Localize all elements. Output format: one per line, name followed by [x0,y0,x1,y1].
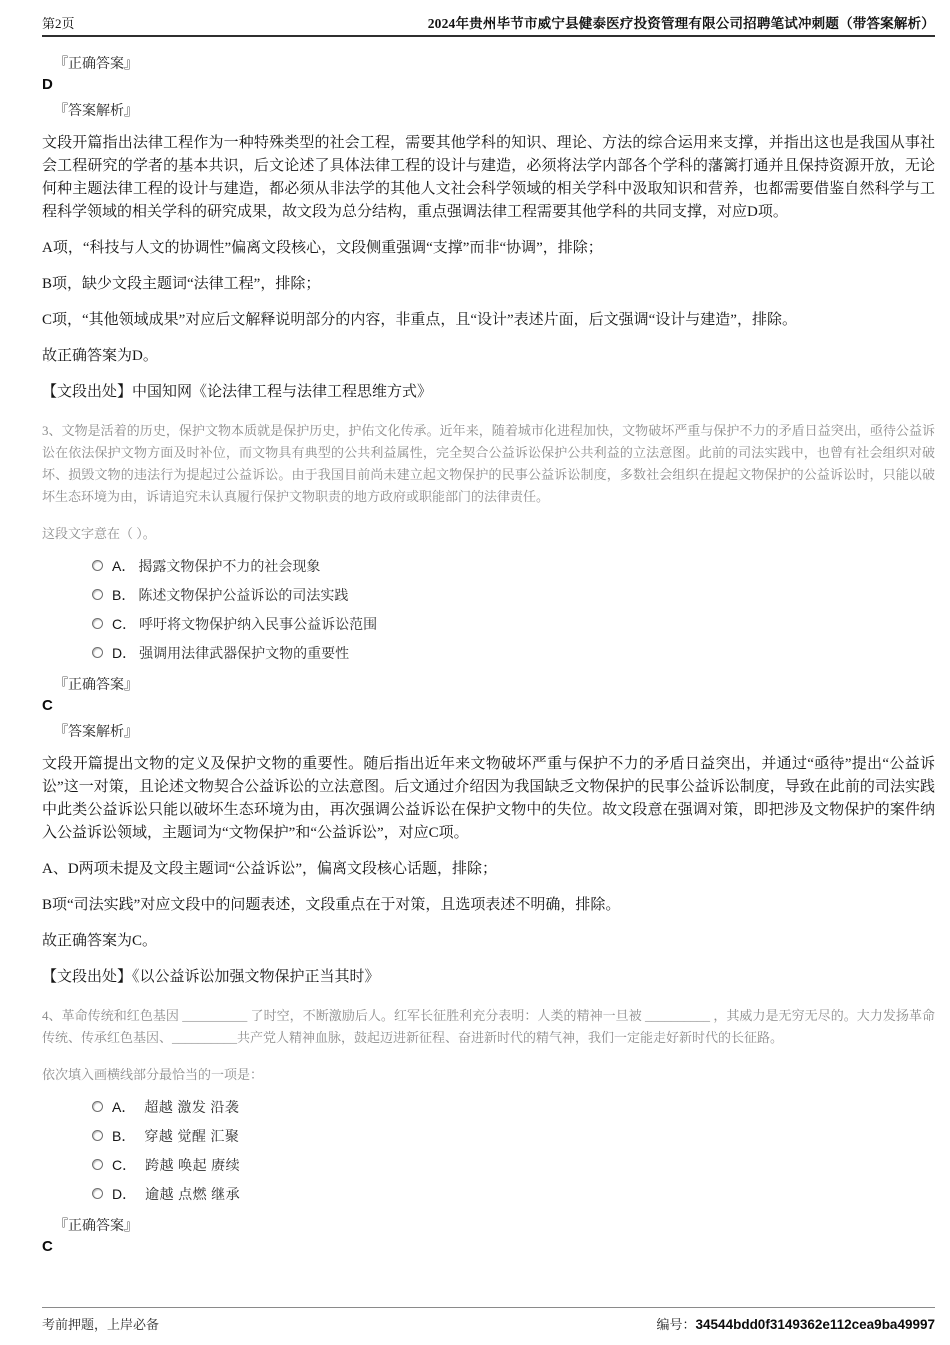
serial-code: 34544bdd0f3149362e112cea9ba49997 [696,1317,935,1332]
analysis-paragraph: 文段开篇指出法律工程作为一种特殊类型的社会工程，需要其他学科的知识、理论、方法的… [42,132,935,224]
option-row-c[interactable]: C． 跨越 唤起 赓续 [92,1153,935,1176]
document-title: 2024年贵州毕节市威宁县健泰医疗投资管理有限公司招聘笔试冲刺题（带答案解析） [428,12,935,32]
option-letter: D． [112,643,136,663]
question-stem: 4、革命传统和红色基因 __________ 了时空，不断激励后人。红军长征胜利… [42,1005,935,1049]
option-row-a[interactable]: A． 超越 激发 沿袭 [92,1095,935,1118]
option-text: 逾越 点燃 继承 [145,1184,240,1204]
option-letter: B． [112,1126,135,1146]
option-radio[interactable] [92,1130,103,1141]
analysis-paragraph: 文段开篇提出文物的定义及保护文物的重要性。随后指出近年来文物破坏严重与保护不力的… [42,753,935,845]
option-row-b[interactable]: B． 穿越 觉醒 汇聚 [92,1124,935,1147]
correct-answer-label: 『正确答案』 [42,674,935,694]
option-row-d[interactable]: D． 强调用法律武器保护文物的重要性 [92,641,935,664]
option-letter: C． [112,1155,136,1175]
question-prompt: 这段文字意在（ ）。 [42,523,935,542]
option-row-a[interactable]: A． 揭露文物保护不力的社会现象 [92,554,935,577]
option-radio[interactable] [92,1101,103,1112]
correct-answer-label: 『正确答案』 [42,53,935,73]
point-b-paragraph: B项，缺少文段主题词“法律工程”，排除； [42,273,935,296]
page-footer: 考前押题，上岸必备 编号：34544bdd0f3149362e112cea9ba… [42,1307,935,1333]
option-radio[interactable] [92,560,103,571]
option-text: 揭露文物保护不力的社会现象 [138,556,320,576]
option-radio[interactable] [92,1188,103,1199]
analysis-label: 『答案解析』 [42,721,935,741]
correct-answer-label: 『正确答案』 [42,1215,935,1235]
option-letter: A． [112,556,135,576]
question-4: 4、革命传统和红色基因 __________ 了时空，不断激励后人。红军长征胜利… [42,1005,935,1255]
question-stem: 3、文物是活着的历史，保护文物本质就是保护历史，护佑文化传承。近年来，随着城市化… [42,420,935,508]
question-3: 3、文物是活着的历史，保护文物本质就是保护历史，护佑文化传承。近年来，随着城市化… [42,420,935,989]
page-number: 第2页 [42,13,75,32]
option-text: 强调用法律武器保护文物的重要性 [139,643,349,663]
q3-options: A． 揭露文物保护不力的社会现象 B． 陈述文物保护公益诉讼的司法实践 C． 呼… [92,554,935,664]
option-letter: A． [112,1097,135,1117]
source-paragraph: 【文段出处】《以公益诉讼加强文物保护正当其时》 [42,966,935,989]
q4-options: A． 超越 激发 沿袭 B． 穿越 觉醒 汇聚 C． 跨越 唤起 赓续 D． 逾… [92,1095,935,1205]
option-row-c[interactable]: C． 呼吁将文物保护纳入民事公益诉讼范围 [92,612,935,635]
page-content: 『正确答案』 D 『答案解析』 文段开篇指出法律工程作为一种特殊类型的社会工程，… [42,46,935,1262]
option-radio[interactable] [92,589,103,600]
option-text: 陈述文物保护公益诉讼的司法实践 [138,585,348,605]
option-letter: B． [112,585,135,605]
analysis-label: 『答案解析』 [42,100,935,120]
conclusion-paragraph: 故正确答案为D。 [42,345,935,368]
conclusion-paragraph: 故正确答案为C。 [42,930,935,953]
option-letter: D． [112,1184,136,1204]
point-c-paragraph: C项，“其他领域成果”对应后文解释说明部分的内容，非重点，且“设计”表述片面，后… [42,309,935,332]
question-prompt: 依次填入画横线部分最恰当的一项是： [42,1064,935,1083]
option-radio[interactable] [92,618,103,629]
option-letter: C． [112,614,136,634]
option-text: 呼吁将文物保护纳入民事公益诉讼范围 [139,614,377,634]
option-radio[interactable] [92,1159,103,1170]
point-b-paragraph: B项“司法实践”对应文段中的问题表述，文段重点在于对策，且选项表述不明确，排除。 [42,894,935,917]
option-row-d[interactable]: D． 逾越 点燃 继承 [92,1182,935,1205]
option-row-b[interactable]: B． 陈述文物保护公益诉讼的司法实践 [92,583,935,606]
option-text: 穿越 觉醒 汇聚 [144,1126,239,1146]
serial-label: 编号： [657,1317,696,1332]
point-ad-paragraph: A、D两项未提及文段主题词“公益诉讼”，偏离文段核心话题，排除； [42,858,935,881]
point-a-paragraph: A项，“科技与人文的协调性”偏离文段核心，文段侧重强调“支撑”而非“协调”，排除… [42,237,935,260]
source-paragraph: 【文段出处】中国知网《论法律工程与法律工程思维方式》 [42,381,935,404]
correct-answer-value: C [42,697,935,714]
document-page: 第2页 2024年贵州毕节市威宁县健泰医疗投资管理有限公司招聘笔试冲刺题（带答案… [0,0,950,1345]
page-header: 第2页 2024年贵州毕节市威宁县健泰医疗投资管理有限公司招聘笔试冲刺题（带答案… [42,12,935,37]
correct-answer-value: C [42,1238,935,1255]
option-text: 超越 激发 沿袭 [144,1097,239,1117]
option-text: 跨越 唤起 赓续 [145,1155,240,1175]
q2-answer-block: 『正确答案』 D 『答案解析』 文段开篇指出法律工程作为一种特殊类型的社会工程，… [42,53,935,404]
footer-slogan: 考前押题，上岸必备 [42,1314,159,1333]
footer-serial: 编号：34544bdd0f3149362e112cea9ba49997 [657,1314,935,1333]
option-radio[interactable] [92,647,103,658]
correct-answer-value: D [42,76,935,93]
